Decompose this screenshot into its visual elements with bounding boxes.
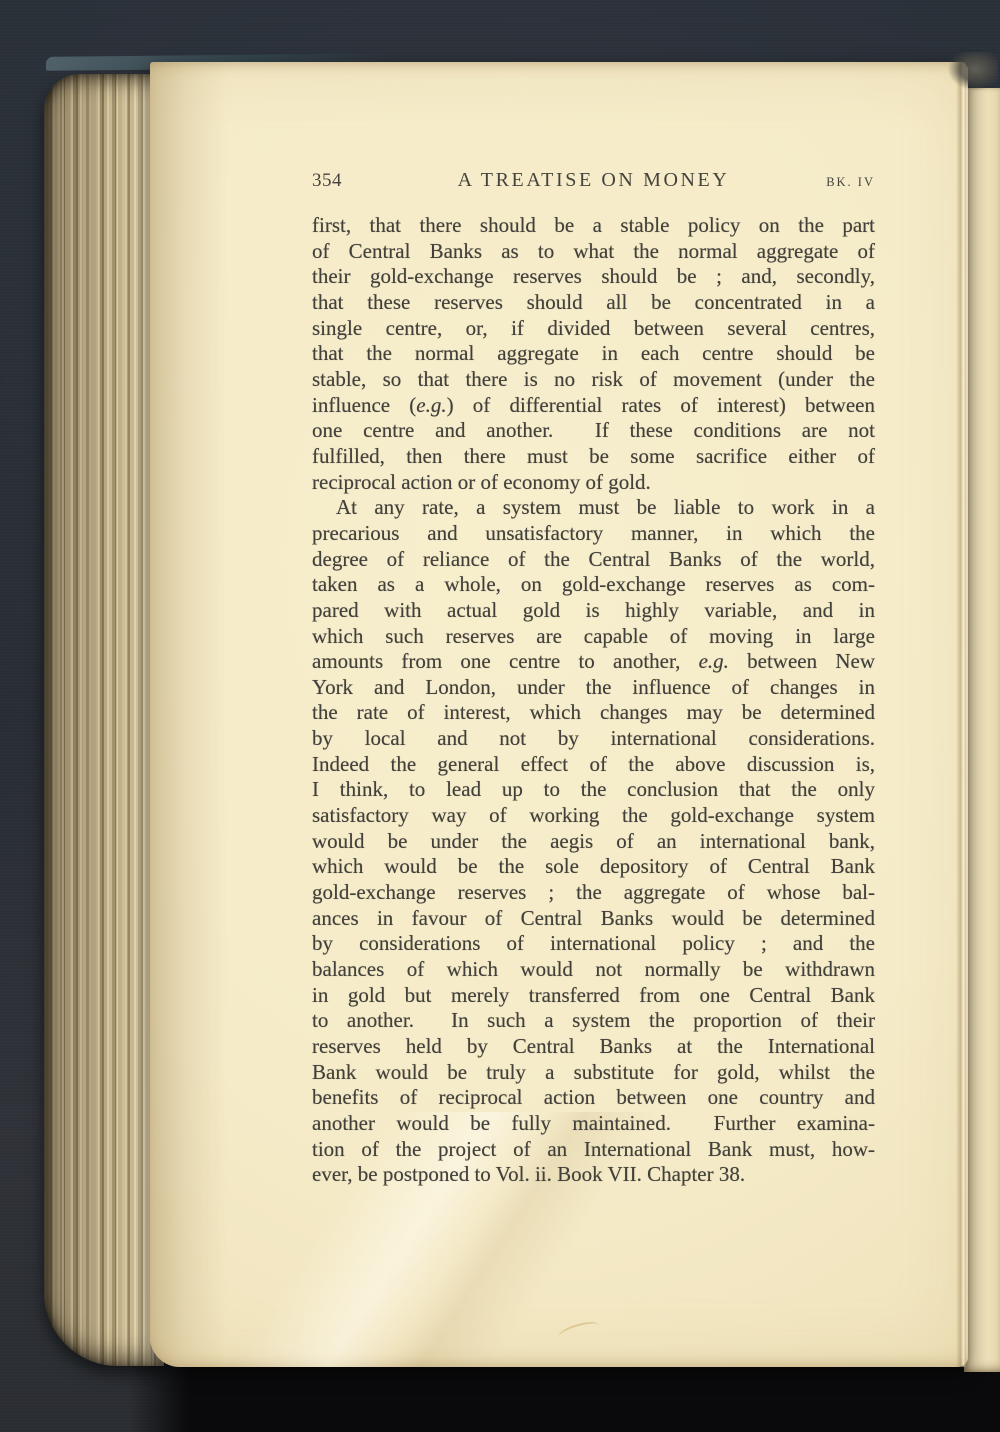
text-line: ances in favour of Central Banks would b… bbox=[312, 906, 875, 932]
paper-page: 354 A TREATISE ON MONEY BK. IV first, th… bbox=[150, 62, 968, 1367]
text-line: York and London, under the influence of … bbox=[312, 675, 875, 701]
text-line: stable, so that there is no risk of move… bbox=[312, 367, 875, 393]
text-line: satisfactory way of working the gold-exc… bbox=[312, 803, 875, 829]
text-line: Bank would be truly a substitute for gol… bbox=[312, 1060, 875, 1086]
text-line: amounts from one centre to another, e.g.… bbox=[312, 649, 875, 675]
scanned-book-photo: 354 A TREATISE ON MONEY BK. IV first, th… bbox=[0, 0, 1000, 1432]
paper-blemish bbox=[557, 1318, 601, 1343]
text-line: the rate of interest, which changes may … bbox=[312, 700, 875, 726]
text-line: fulfilled, then there must be some sacri… bbox=[312, 444, 875, 470]
text-line: benefits of reciprocal action between on… bbox=[312, 1085, 875, 1111]
text-line: in gold but merely transferred from one … bbox=[312, 983, 875, 1009]
text-line: which would be the sole depository of Ce… bbox=[312, 854, 875, 880]
page-crease bbox=[956, 62, 966, 1367]
page-header: 354 A TREATISE ON MONEY BK. IV bbox=[312, 169, 875, 192]
text-line: I think, to lead up to the conclusion th… bbox=[312, 777, 875, 803]
page-fore-edge bbox=[964, 88, 1000, 1372]
text-line: precarious and unsatisfactory manner, in… bbox=[312, 521, 875, 547]
text-line: by considerations of international polic… bbox=[312, 931, 875, 957]
text-line: Indeed the general effect of the above d… bbox=[312, 752, 875, 778]
page-number: 354 bbox=[312, 170, 396, 192]
text-line: one centre and another. If these conditi… bbox=[312, 418, 875, 444]
text-line: influence (e.g.) of differential rates o… bbox=[312, 393, 875, 419]
text-line: tion of the project of an International … bbox=[312, 1137, 875, 1163]
text-line: to another. In such a system the proport… bbox=[312, 1008, 875, 1034]
text-line: their gold-exchange reserves should be ;… bbox=[312, 264, 875, 290]
body-text: first, that there should be a stable pol… bbox=[312, 213, 875, 1188]
text-line: would be under the aegis of an internati… bbox=[312, 829, 875, 855]
text-line: that the normal aggregate in each centre… bbox=[312, 341, 875, 367]
text-line: single centre, or, if divided between se… bbox=[312, 316, 875, 342]
text-line: At any rate, a system must be liable to … bbox=[312, 495, 875, 521]
text-line: reciprocal action or of economy of gold. bbox=[312, 470, 875, 496]
book-marker: BK. IV bbox=[791, 175, 875, 190]
page-stack-edge bbox=[44, 74, 164, 1366]
gutter-shadow bbox=[150, 62, 228, 1367]
text-line: degree of reliance of the Central Banks … bbox=[312, 547, 875, 573]
text-line: ever, be postponed to Vol. ii. Book VII.… bbox=[312, 1162, 875, 1188]
text-line: taken as a whole, on gold-exchange reser… bbox=[312, 572, 875, 598]
text-line: which such reserves are capable of movin… bbox=[312, 624, 875, 650]
text-line: first, that there should be a stable pol… bbox=[312, 213, 875, 239]
running-title: A TREATISE ON MONEY bbox=[396, 169, 791, 192]
text-line: pared with actual gold is highly variabl… bbox=[312, 598, 875, 624]
text-line: that these reserves should all be concen… bbox=[312, 290, 875, 316]
text-line: another would be fully maintained. Furth… bbox=[312, 1111, 875, 1137]
text-line: balances of which would not normally be … bbox=[312, 957, 875, 983]
text-line: reserves held by Central Banks at the In… bbox=[312, 1034, 875, 1060]
text-line: of Central Banks as to what the normal a… bbox=[312, 239, 875, 265]
text-line: by local and not by international consid… bbox=[312, 726, 875, 752]
text-line: gold-exchange reserves ; the aggregate o… bbox=[312, 880, 875, 906]
